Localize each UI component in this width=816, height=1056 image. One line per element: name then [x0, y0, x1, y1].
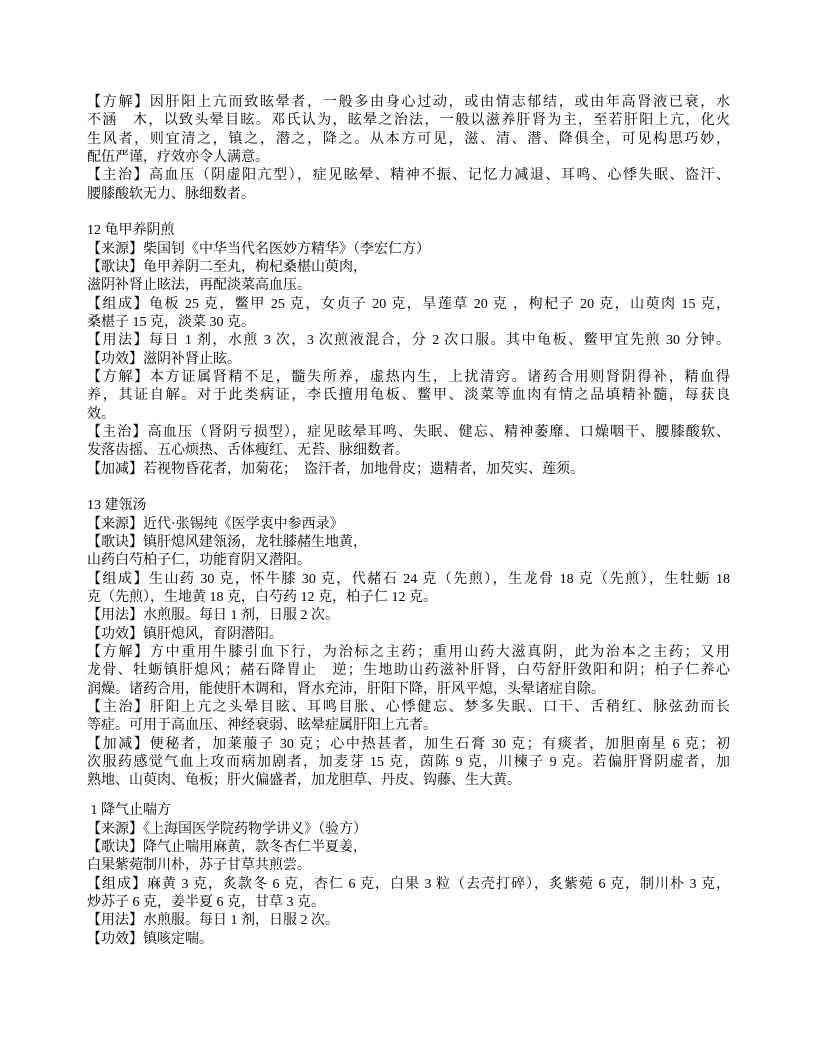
text-line: 生风者，则宜清之，镇之，潜之，降之。从本方可见，滋、清、潜、降俱全，可见构思巧妙…	[87, 131, 730, 149]
text-line: 山药白芍柏子仁，功能育阴又潜阳。	[87, 552, 730, 570]
text-line: 润燥。诸药合用，能使肝木调和，肾水充沛，肝阳下降，肝风平熄，头晕诸症自除。	[87, 681, 730, 699]
text-line: 【方解】本方证属肾精不足，髓失所养，虚热内生，上扰清窍。诸药合用则肾阴得补，精血…	[87, 369, 730, 387]
text-line: 【用法】水煎服。每日 1 剂，日服 2 次。	[87, 912, 730, 930]
text-line: 【来源】《上海国医学院药物学讲义》（验方）	[87, 821, 730, 839]
text-line: 12 龟甲养阴煎	[87, 222, 730, 240]
text-line: 1 降气止喘方	[87, 802, 730, 820]
section-formula-12-guijia-yangyin-jian: 12 龟甲养阴煎【来源】柴国钊《中华当代名医妙方精华》（李宏仁方）【歌诀】龟甲养…	[87, 222, 730, 479]
text-line: 【方解】因肝阳上亢而致眩晕者，一般多由身心过动，或由情志郁结，或由年高肾液已衰，…	[87, 94, 730, 112]
text-line: 滋阴补肾止眩法，再配淡菜高血压。	[87, 277, 730, 295]
text-line: 【歌诀】降气止喘用麻黄，款冬杏仁半夏姜，	[87, 839, 730, 857]
section-formula-tail-fangjie-zhuzhi: 【方解】因肝阳上亢而致眩晕者，一般多由身心过动，或由情志郁结，或由年高肾液已衰，…	[87, 94, 730, 204]
section-formula-1-jiangqi-zhichuan-fang: 1 降气止喘方【来源】《上海国医学院药物学讲义》（验方）【歌诀】降气止喘用麻黄，…	[87, 802, 730, 949]
text-line: 【方解】方中重用牛膝引血下行，为治标之主药；重用山药大滋真阴，此为治本之主药；又…	[87, 644, 730, 662]
text-line: 次服药感觉气血上攻而病加剧者，加麦芽 15 克，茵陈 9 克，川楝子 9 克。若…	[87, 754, 730, 772]
text-line: 克（先煎），生地黄 18 克，白芍药 12 克，柏子仁 12 克。	[87, 589, 730, 607]
text-line: 效。	[87, 406, 730, 424]
text-line: 桑椹子 15 克，淡菜 30 克。	[87, 314, 730, 332]
document-content: 【方解】因肝阳上亢而致眩晕者，一般多由身心过动，或由情志郁结，或由年高肾液已衰，…	[87, 94, 730, 949]
document-page: 【方解】因肝阳上亢而致眩晕者，一般多由身心过动，或由情志郁结，或由年高肾液已衰，…	[0, 0, 816, 1056]
text-line: 不涵 木，以致头晕目眩。邓氏认为，眩晕之治法，一般以滋养肝肾为主，至若肝阳上亢，…	[87, 112, 730, 130]
text-line: 【主治】高血压（阴虚阳亢型），症见眩晕、精神不振、记忆力减退、耳鸣、心悸失眠、盗…	[87, 167, 730, 185]
text-line: 白果紫菀制川朴，苏子甘草共煎尝。	[87, 857, 730, 875]
text-line: 【歌诀】镇肝熄风建瓴汤，龙牡膝赭生地黄，	[87, 534, 730, 552]
text-line: 【功效】滋阴补肾止眩。	[87, 351, 730, 369]
text-line: 【歌诀】龟甲养阴二至丸，枸杞桑椹山萸肉，	[87, 259, 730, 277]
text-line: 【组成】龟板 25 克，鳖甲 25 克，女贞子 20 克，旱莲草 20 克 ，枸…	[87, 296, 730, 314]
text-line: 【来源】柴国钊《中华当代名医妙方精华》（李宏仁方）	[87, 241, 730, 259]
text-line: 【功效】镇咳定喘。	[87, 931, 730, 949]
text-line: 养，其证自解。对于此类病证，李氏擅用龟板、鳖甲、淡菜等血肉有情之品填精补髓，每获…	[87, 387, 730, 405]
text-line: 【组成】麻黄 3 克，炙款冬 6 克，杏仁 6 克，白果 3 粒（去壳打碎），炙…	[87, 876, 730, 894]
text-line: 龙骨、牡蛎镇肝熄风；赭石降胃止 逆；生地助山药滋补肝肾，白芍舒肝敛阳和阴；柏子仁…	[87, 662, 730, 680]
text-line: 腰膝酸软无力、脉细数者。	[87, 186, 730, 204]
text-line: 【用法】水煎服。每日 1 剂，日服 2 次。	[87, 607, 730, 625]
text-line: 13 建瓴汤	[87, 497, 730, 515]
text-line: 【主治】肝阳上亢之头晕目眩、耳鸣目胀、心悸健忘、梦多失眠、口干、舌稍红、脉弦劲而…	[87, 699, 730, 717]
text-line: 【加减】便秘者，加莱菔子 30 克；心中热甚者，加生石膏 30 克；有痰者，加胆…	[87, 736, 730, 754]
section-formula-13-jianling-tang: 13 建瓴汤【来源】近代·张锡纯《医学衷中参西录》【歌诀】镇肝熄风建瓴汤，龙牡膝…	[87, 497, 730, 790]
text-line: 熟地、山萸肉、龟板；肝火偏盛者，加龙胆草、丹皮、钩藤、生大黄。	[87, 772, 730, 790]
text-line: 炒苏子 6 克，姜半夏 6 克，甘草 3 克。	[87, 894, 730, 912]
text-line: 等症。可用于高血压、神经衰弱、眩晕症属肝阳上亢者。	[87, 717, 730, 735]
text-line: 【来源】近代·张锡纯《医学衷中参西录》	[87, 516, 730, 534]
text-line: 【功效】镇肝熄风，育阴潜阳。	[87, 626, 730, 644]
text-line: 配伍严谨，疗效亦令人满意。	[87, 149, 730, 167]
text-line: 发落齿摇、五心烦热、舌体瘦红、无苔、脉细数者。	[87, 442, 730, 460]
text-line: 【加减】若视物昏花者，加菊花； 盗汗者，加地骨皮；遗精者，加芡实、莲须。	[87, 461, 730, 479]
text-line: 【用法】每日 1 剂，水煎 3 次，3 次煎液混合，分 2 次口服。其中龟板、鳖…	[87, 332, 730, 350]
text-line: 【组成】生山药 30 克，怀牛膝 30 克，代赭石 24 克（先煎），生龙骨 1…	[87, 571, 730, 589]
text-line: 【主治】高血压（肾阴亏损型），症见眩晕耳鸣、失眠、健忘、精神萎靡、口燥咽干、腰膝…	[87, 424, 730, 442]
